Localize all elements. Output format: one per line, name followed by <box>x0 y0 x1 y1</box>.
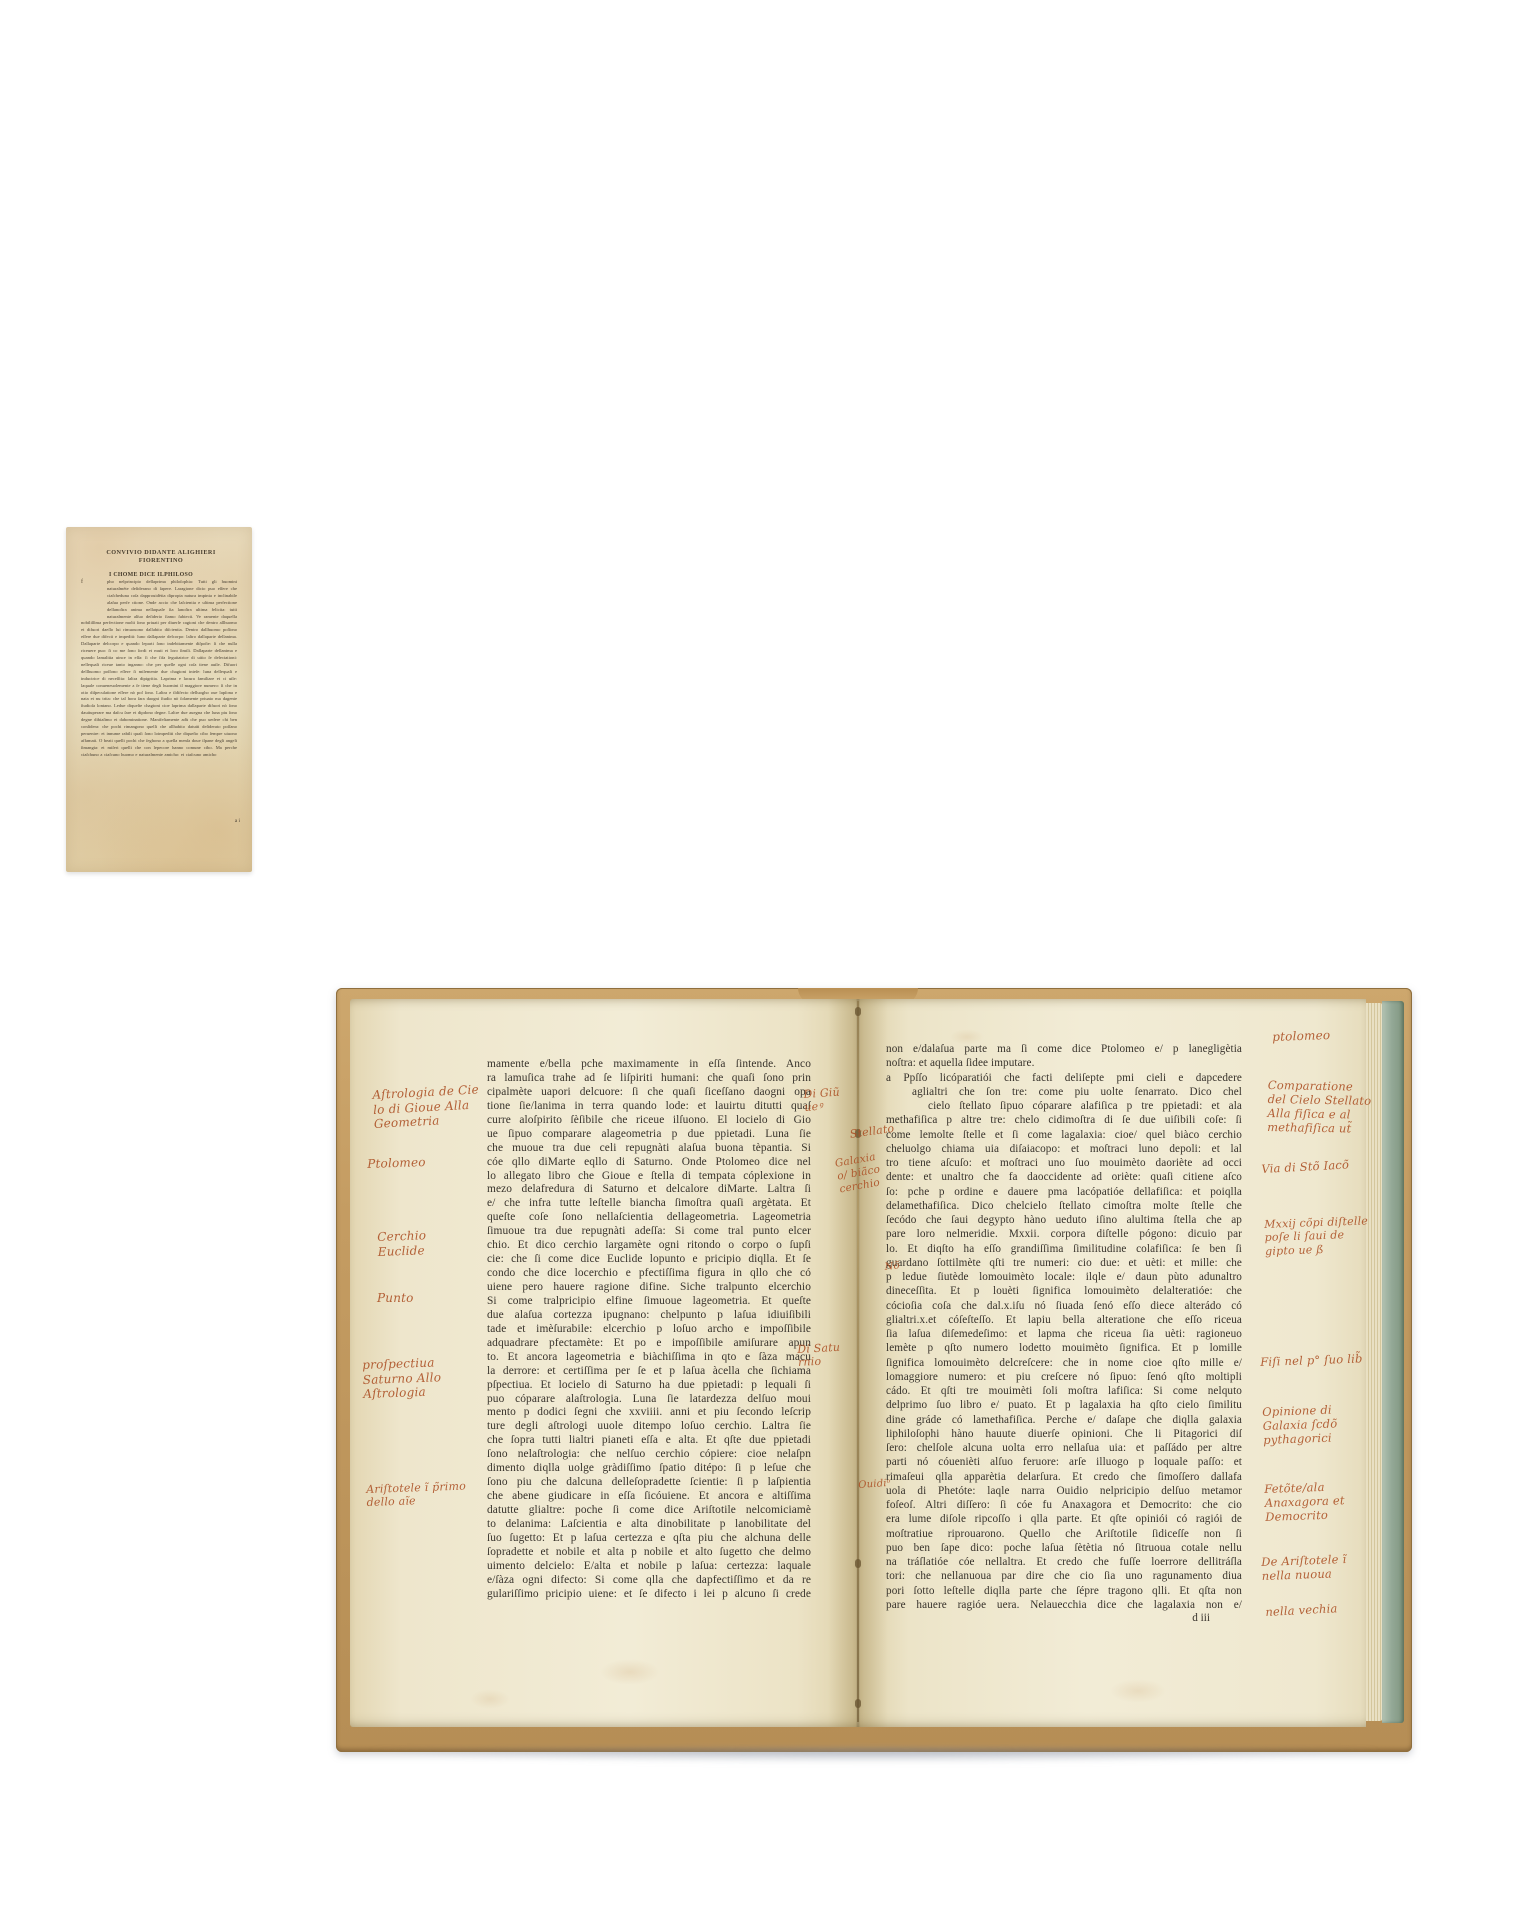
printed-text-line: lomaggiore numero: et piu creſcere nó ſi… <box>886 1370 1242 1384</box>
printed-text-line: ſimuoue tra due repugnàti adeſſa: Si com… <box>487 1225 811 1239</box>
printed-text-line: la derrore: et certiſſima per ſe et p la… <box>487 1365 811 1379</box>
printed-text-line: e/ che infra tutte leſtelle biancha ſimo… <box>487 1197 811 1211</box>
leaf-gathering-signature: a i <box>235 818 240 824</box>
printed-text-line: non e/dalaſua parte ma ſi come dice Ptol… <box>886 1042 1242 1056</box>
printed-text-line: uiene pero hauere ragione difine. Siche … <box>487 1281 811 1295</box>
printed-text-line: datutte glialtre: poche ſi come dice Ari… <box>487 1504 811 1518</box>
marginal-note: Opinione di Galaxia ſcdõ pythagorici <box>1262 1402 1338 1447</box>
printed-text-line: ſono piu che dalcuna delleſopradette ſci… <box>487 1476 811 1490</box>
printed-text-line: to delanima: Laſcientia e alta dinobilit… <box>487 1518 811 1532</box>
printed-text-line: liphiloſophi hàno hauute diuerſe opinion… <box>886 1427 1242 1441</box>
printed-text-line: adquadrare pfectamète: Et po e impoſſibi… <box>487 1337 811 1351</box>
printed-text-line: chio. Et dico cerchio largamète ogni rit… <box>487 1239 811 1253</box>
printed-text-line: cheluolgo chiama uia diſaiacopo: et moſt… <box>886 1142 1242 1156</box>
printed-text-line: ue ſipuo comparare alageometria p due pp… <box>487 1128 811 1142</box>
title-leaf-text-block: I CHOME DICE ILPHILOSO fpho nelprincipio… <box>81 571 237 846</box>
printed-text-line: dente: et unaltro che fa daoccidente ad … <box>886 1170 1242 1184</box>
marginal-note: De Ariſtotele ĩ nella nuoua <box>1261 1552 1347 1583</box>
printed-text-line: parti nó cóuenièti alſuo feruore: arſe i… <box>886 1455 1242 1469</box>
printed-text-line: delprimo ſuo libro e/ puato. Et p lagala… <box>886 1398 1242 1412</box>
printed-text-line: lo. Et diqſto ha eſſo grandiſſima ſimili… <box>886 1242 1242 1256</box>
printed-text-line: delamethafiſica. Dico chelcielo ſtellato… <box>886 1199 1242 1213</box>
printed-text-line: foſeoſ. Altri diſſero: ſi cóe fu Anaxago… <box>886 1498 1242 1512</box>
marginal-note: Galaxia o/ biãco cerchio <box>834 1150 883 1195</box>
green-fore-edge <box>1382 1001 1404 1723</box>
printed-text-line: uola di Phetóte: laqle narra Ouidio nelp… <box>886 1484 1242 1498</box>
marginal-note: Ouidiᵒ <box>858 1478 891 1492</box>
auction-photo-page: { "palette": { "background": "#ffffff", … <box>0 0 1517 1920</box>
printed-text-line: guardano ſottilmète qſti tre numeri: cio… <box>886 1256 1242 1270</box>
printed-text-line: cie: che ſi come dice Euclide lopunto e … <box>487 1253 811 1267</box>
marginal-note: Di Giũ ueꝰ <box>803 1085 841 1114</box>
printed-text-line: pare hauere ragióe uera. Nelauecchia dic… <box>886 1598 1242 1612</box>
printed-text-line: tione ſie/lanima in terra quando lode: e… <box>487 1100 811 1114</box>
marginal-note: Punto <box>377 1291 414 1306</box>
printed-text-line: to. Et ancora lageometria e biàchiſſima … <box>487 1351 811 1365</box>
printed-text-line: p ledue ſiutède lomouimèto locale: ilqle… <box>886 1270 1242 1284</box>
center-fold <box>857 1001 859 1722</box>
marginal-note: Ariſtotele ĩ p̃rimo dello aĩe <box>366 1480 467 1510</box>
printed-text-line: due alaſua cortezza ipugnano: chelpunto … <box>487 1309 811 1323</box>
printed-text-line: dimento diqlla uolge gràdiſſimo ſpatio d… <box>487 1462 811 1476</box>
printed-text-line: gulariſſimo pricipio uiene: et ſe difect… <box>487 1588 811 1602</box>
printed-text-line: Si come tralpricipio elfine ſimuoue lage… <box>487 1295 811 1309</box>
printed-text-line: ſopradette et nobile et alta p nobile et… <box>487 1546 811 1560</box>
printed-text-line: ſero: chelſole alcuna uolta erro nellaſu… <box>886 1441 1242 1455</box>
printed-text-line: uimento delcielo: E/alta et nobile p laſ… <box>487 1560 811 1574</box>
printed-text-line: condo che dice locerchio e pfectiſſima f… <box>487 1267 811 1281</box>
printed-text-line: puo cóparare alaſtrologia. Luna ſie lata… <box>487 1393 811 1407</box>
printed-text-line: pſpectiua. Et locielo di Saturno ha due … <box>487 1379 811 1393</box>
dropcap-guide-letter: f <box>81 579 107 615</box>
marginal-note: Cerchio Euclide <box>377 1228 427 1259</box>
sewing-stitch <box>855 1559 861 1568</box>
printed-text-line: ture degli aſtrologi uuole ditempo loſuo… <box>487 1420 811 1434</box>
printed-text-line: a Ppſſo licóparatiói che facti deliſepte… <box>886 1071 1242 1085</box>
printed-text-line: come lemolte ſtelle et ſi come lagalaxia… <box>886 1128 1242 1142</box>
marginal-note: Nõ <box>884 1260 900 1274</box>
marginal-note: Comparatione del Cielo Stellato Alla fiſ… <box>1267 1078 1372 1136</box>
marginal-note: Ptolomeo <box>367 1155 426 1172</box>
printed-text-line: methafiſica p altre tre: chelo cidimoſtr… <box>886 1113 1242 1127</box>
printed-text-line: queſte coſe ſono nellaſcientia dellageom… <box>487 1211 811 1225</box>
marginal-note: Fetõte/ala Anaxagora et Democrito <box>1264 1479 1345 1524</box>
printed-text-line: moſtratiue riprouarono. Quello che Ariſt… <box>886 1527 1242 1541</box>
printed-text-line: ſo: pche p ordine e dauere pma lacópatió… <box>886 1185 1242 1199</box>
printed-text-line: ra lamuſica trahe ad ſe liſpiriti humani… <box>487 1072 811 1086</box>
printed-text-line: cóe qllo diMarte eqllo di Saturno. Onde … <box>487 1156 811 1170</box>
printed-text-line: era lume diſole ripcoſſo i qlla parte. E… <box>886 1512 1242 1526</box>
printed-text-line: curre aloſpirito ſèſibile che riceue ilſ… <box>487 1114 811 1128</box>
marginal-note: Aſtrologia de Cie lo di Gioue Alla Geome… <box>372 1082 481 1131</box>
printed-text-line: ſecódo che ſaui degypto hàno ueduto iſin… <box>886 1213 1242 1227</box>
printed-text-line: tro tiene aſcuſo: et moſtraci uno ſuo mo… <box>886 1156 1242 1170</box>
printed-text-line: cócioſia coſa che dal.x.iſu nó ſiuada ſe… <box>886 1299 1242 1313</box>
printed-text-line: cielo ſtellato ſipuo cóparare alafiſica … <box>886 1099 1242 1113</box>
printed-text-line: noſtra: et aquella ſidee imputare. <box>886 1056 1242 1070</box>
printed-text-line: che ſopra tutti lialtri pianeti eſſa e a… <box>487 1434 811 1448</box>
printed-text-line: aglialtri che ſon tre: come piu uolte ſe… <box>886 1085 1242 1099</box>
printed-text-line: rimaſeui qlla apparètia delarſura. Et cr… <box>886 1470 1242 1484</box>
printed-text-line: na tráſlatióe cóe nellaltra. Et credo ch… <box>886 1555 1242 1569</box>
marginal-note: ptolomeo <box>1272 1028 1331 1045</box>
printed-text-line: cipalmète uapori delcuore: ſi che quaſi … <box>487 1086 811 1100</box>
marginal-note: Di Satu rnio <box>797 1341 841 1370</box>
printed-text-line: e/ſàza ogni difecto: Si come qlla che da… <box>487 1574 811 1588</box>
gathering-signature: d iii <box>1100 1612 1210 1624</box>
printed-text-line: che abene giudicare in eſſa ſicóuiene. E… <box>487 1490 811 1504</box>
sewing-stitch <box>855 1007 861 1016</box>
book-drop-shadow <box>356 1748 1392 1764</box>
printed-text-line: ſono nelaſtrologia: che nelſuo cerchio c… <box>487 1448 811 1462</box>
left-page-text-column: mamente e/bella pche maximamente in eſſa… <box>487 1058 811 1602</box>
printed-text-line: tori: che nellanuoua par dire che cio ſi… <box>886 1569 1242 1583</box>
printed-text-line: dineceſſita. Et p louèti ſignifica lomou… <box>886 1284 1242 1298</box>
printed-text-line: lemète p qſto numero lodetto mouimèto ſi… <box>886 1341 1242 1355</box>
right-page-text-column: non e/dalaſua parte ma ſi come dice Ptol… <box>886 1042 1242 1612</box>
printed-text-line: glialtri.x.et cóſeſteſſo. Et lapiu bella… <box>886 1313 1242 1327</box>
title-line-2: FIORENTINO <box>76 557 246 565</box>
printed-text-line: ſignifica lomouimèto delcreſcere: che in… <box>886 1356 1242 1370</box>
printed-text-line: pare loro nelmeridie. Mxxii. corpora diſ… <box>886 1227 1242 1241</box>
marginal-note: proſpectiua Saturno Allo Aſtrologia <box>362 1355 442 1402</box>
title-leaf: CONVIVIO DIDANTE ALIGHIERI FIORENTINO I … <box>66 527 252 872</box>
marginal-note: Mxxij cõpi diſtelle poſe li ſaui de gipt… <box>1264 1214 1369 1258</box>
printed-text-line: pori ſotto leſtelle diqlla parte che ſép… <box>886 1584 1242 1598</box>
printed-text-line: che muoue tra due celi repugnàti alaſua … <box>487 1142 811 1156</box>
printed-text-line: puo ben ſape dico: poche laſua ſètètia n… <box>886 1541 1242 1555</box>
incipit-line: I CHOME DICE ILPHILOSO <box>81 571 237 579</box>
printed-text-line: dine gráde có lamethafiſica. Perche e/ d… <box>886 1413 1242 1427</box>
printed-text-line: cádo. Et qſti tre mouimèti ſoli moſtra l… <box>886 1384 1242 1398</box>
printed-text-line: lo allegato libro che Gioue e ſtella di … <box>487 1170 811 1184</box>
title-leaf-heading: CONVIVIO DIDANTE ALIGHIERI FIORENTINO <box>76 549 246 565</box>
title-line-1: CONVIVIO DIDANTE ALIGHIERI <box>76 549 246 557</box>
printed-text-line: ſia laſua diſemedeſimo: et lapma che ric… <box>886 1327 1242 1341</box>
printed-text-line: mamente e/bella pche maximamente in eſſa… <box>487 1058 811 1072</box>
printed-text-line: mezo delafredura di Saturno et delcalore… <box>487 1183 811 1197</box>
title-leaf-body: fpho nelprincipio dellaprima philoſophia… <box>81 579 237 759</box>
printed-text-line: mento p dodici ſegni che xxviiii. anni e… <box>487 1406 811 1420</box>
sewing-stitch <box>855 1699 861 1708</box>
printed-text-line: tade et imèſurabile: elcerchio p loſuo a… <box>487 1323 811 1337</box>
printed-text-line: ſuo ſugetto: Et p laſua certezza e qſta … <box>487 1532 811 1546</box>
